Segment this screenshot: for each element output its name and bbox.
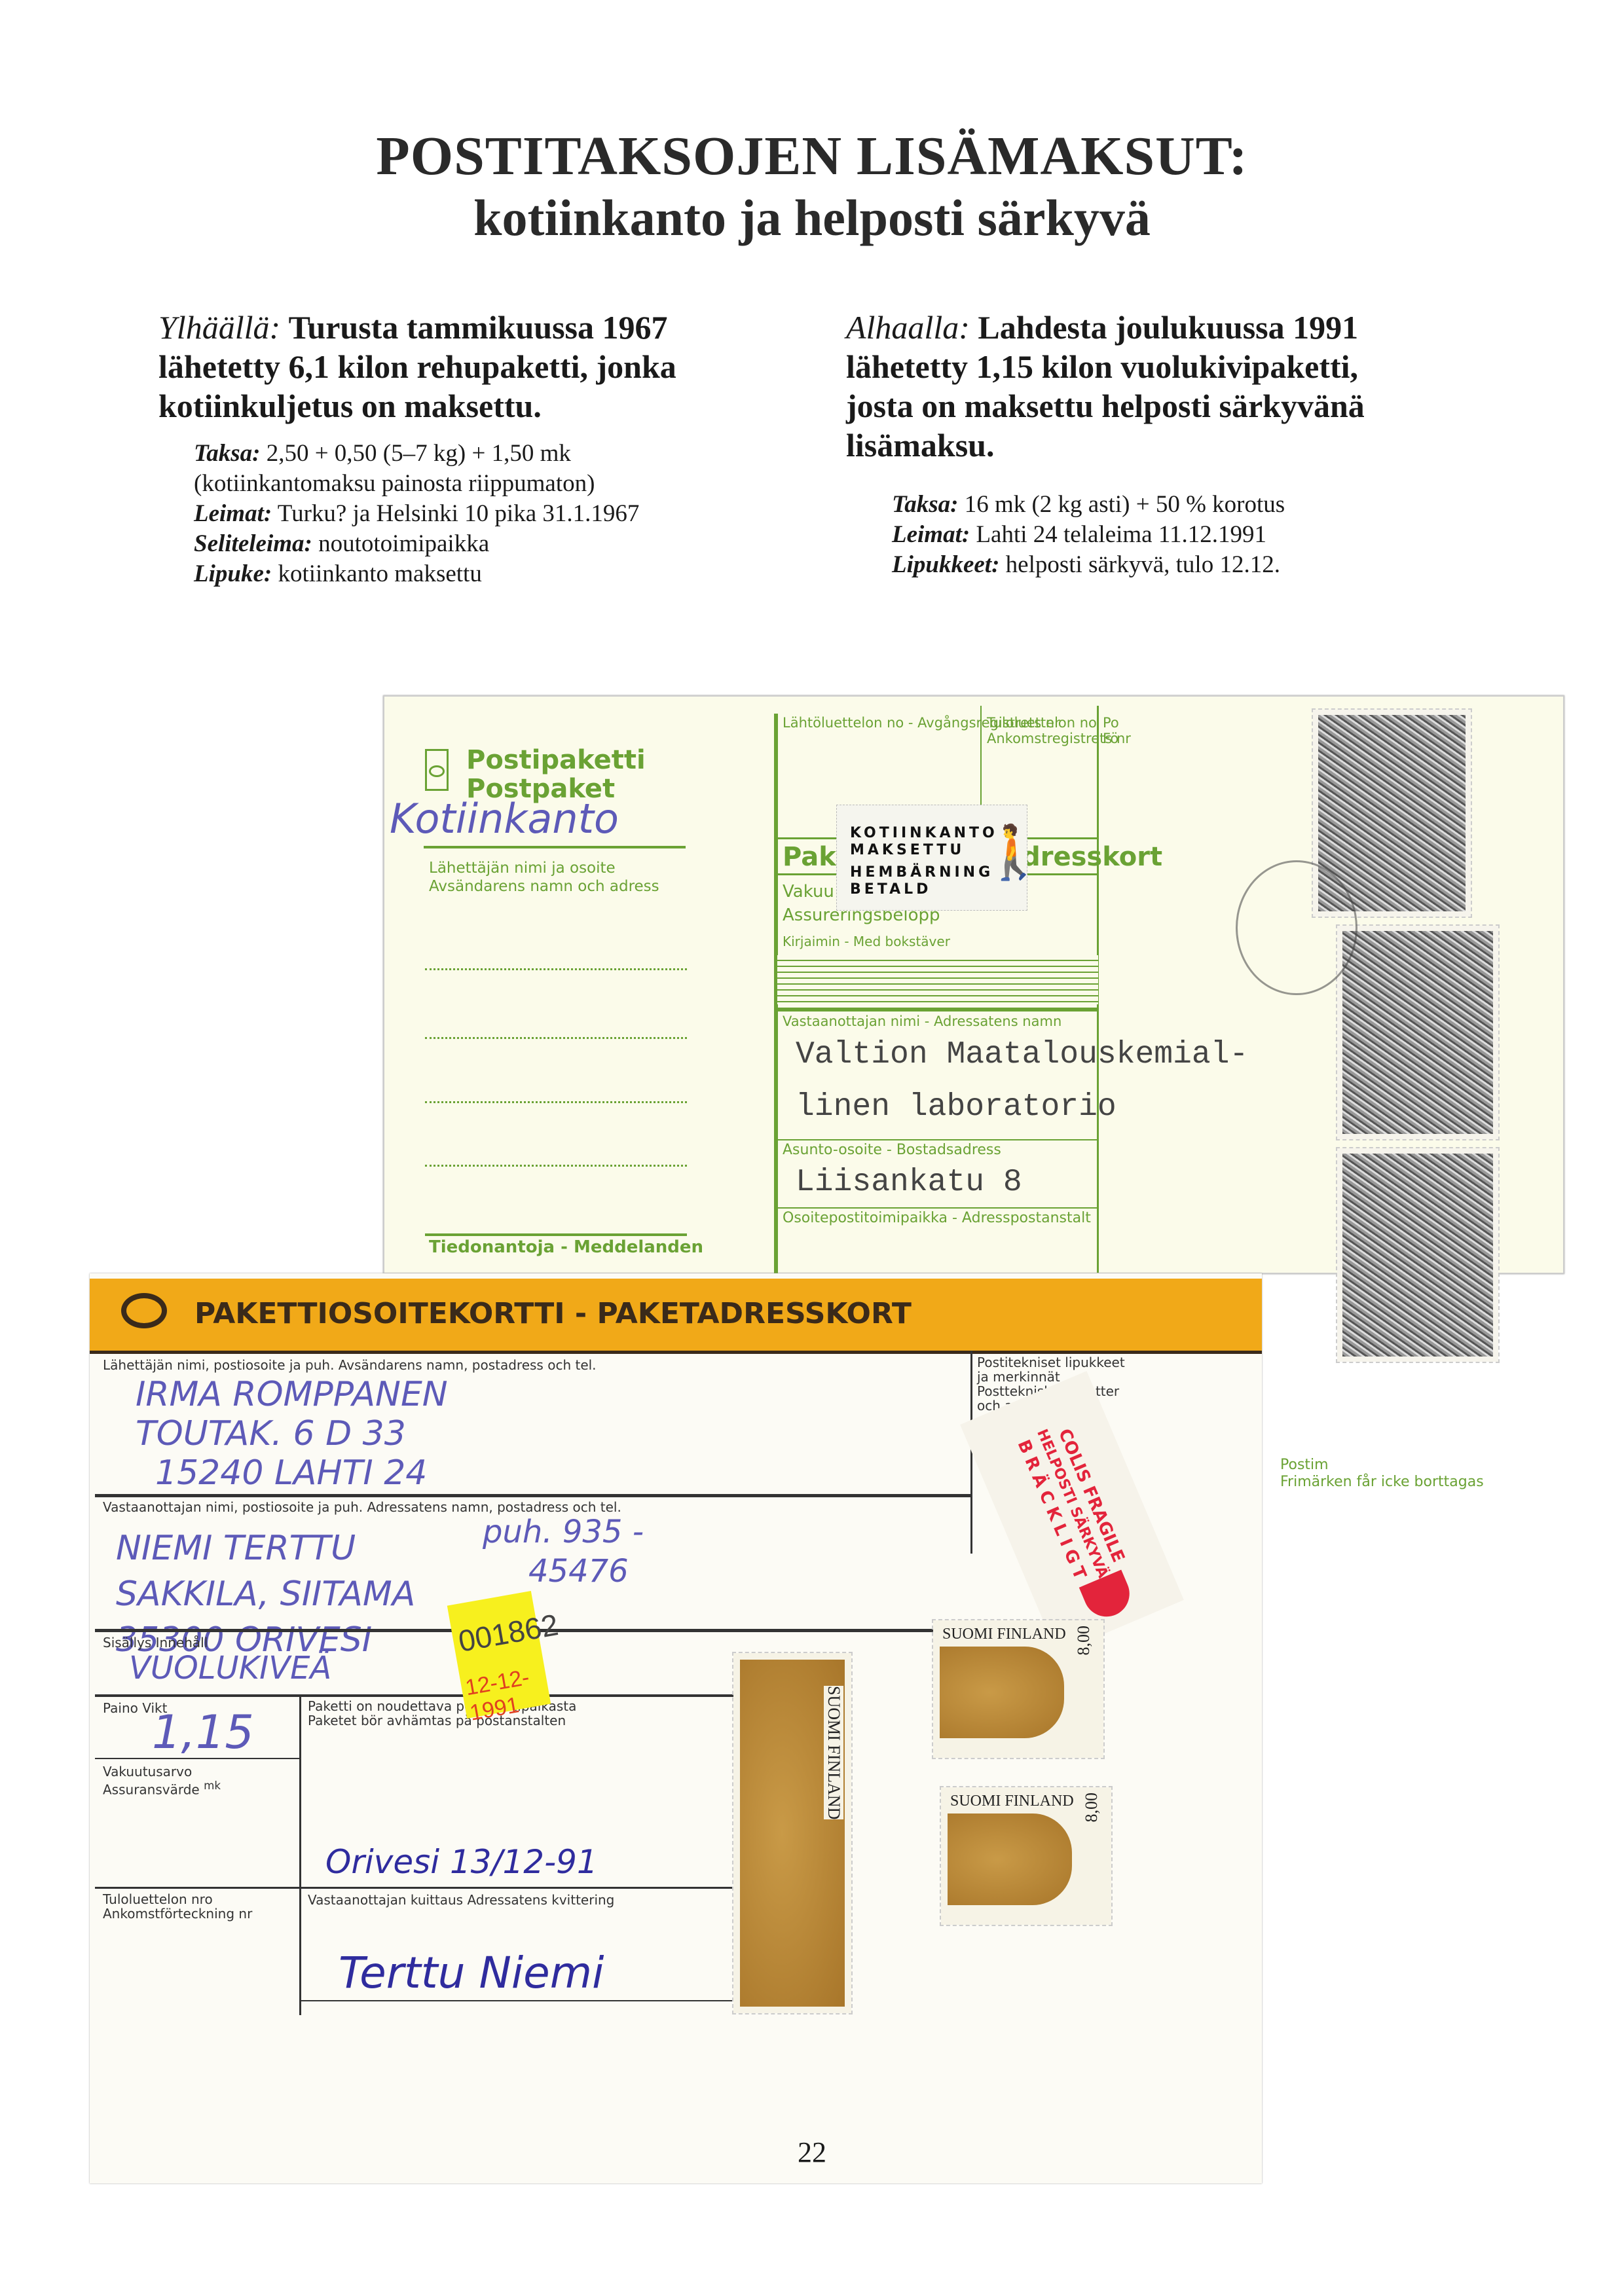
- sender-street: TOUTAK. 6 D 33: [136, 1414, 448, 1453]
- page-subtitle: kotiinkanto ja helposti särkyvä: [0, 189, 1624, 247]
- receipt-date: Orivesi 13/12-91: [325, 1843, 598, 1881]
- card-title-left: Pak: [783, 842, 836, 872]
- sender-label-fi: Lähettäjän nimi ja osoite: [429, 859, 659, 877]
- stamp-8-00-a: SUOMI FINLAND 8,00: [933, 1620, 1103, 1758]
- card-header: PAKETTIOSOITEKORTTI - PAKETADRESSKORT: [194, 1297, 912, 1330]
- recipient-street: SAKKILA, SIITAMA: [116, 1571, 415, 1617]
- left-description: Ylhäällä: Turusta tammikuussa 1967 lähet…: [158, 308, 787, 426]
- street-value: Liisankatu 8: [796, 1165, 1022, 1200]
- handwritten-kotiinkanto: Kotiinkanto: [390, 795, 619, 843]
- recipient-line-2: linen laboratorio: [796, 1089, 1116, 1125]
- arrival-register-label: Tuloluettelon nro Ankomstförteckning nr: [103, 1892, 252, 1921]
- recipient-name: NIEMI TERTTU: [116, 1525, 415, 1571]
- recipient-phone-1: puh. 935 -: [483, 1512, 644, 1552]
- post-office-label: Osoitepostitoimipaikka - Adresspostansta…: [783, 1210, 1091, 1226]
- right-description: Alhaalla: Lahdesta joulukuussa 1991 lähe…: [846, 308, 1501, 465]
- parcel-card-1967: Postipaketti Postpaket Kotiinkanto Lähet…: [383, 695, 1564, 1274]
- postman-icon: 🚶: [981, 822, 1046, 883]
- stamp-1-50-c: [1337, 1148, 1498, 1362]
- fragile-label: COLIS FRAGILE HELPOSTI SÄRKYVÄ BRÄCKLIGT: [960, 1371, 1184, 1654]
- sender-name: IRMA ROMPPANEN: [136, 1375, 448, 1414]
- street-label: Asunto-osoite - Bostadsadress: [783, 1142, 1001, 1158]
- recipient-line-1: Valtion Maatalouskemial-: [796, 1037, 1248, 1072]
- right-details: Taksa: 16 mk (2 kg asti) + 50 % korotus …: [892, 490, 1481, 580]
- recipient-phone-2: 45476: [528, 1552, 644, 1591]
- stamp-8-00-vertical: SUOMI FINLAND: [733, 1653, 851, 2013]
- weight-value: 1,15: [152, 1705, 254, 1759]
- notices-label: Tiedonantoja - Meddelanden: [429, 1237, 703, 1257]
- header-band: PAKETTIOSOITEKORTTI - PAKETADRESSKORT: [90, 1279, 1262, 1354]
- stamps-note: Postim Frimärken får icke borttagas: [1280, 1457, 1484, 1491]
- right-lead-label: Alhaalla:: [846, 309, 970, 346]
- receipt-label: Vastaanottajan kuittaus Adressatens kvit…: [308, 1892, 614, 1908]
- contents-value: VUOLUKIVEÄ: [129, 1650, 331, 1686]
- postmark-circle: [1236, 860, 1357, 995]
- posti-logo-icon: [121, 1293, 167, 1332]
- parcel-card-1991: PAKETTIOSOITEKORTTI - PAKETADRESSKORT Lä…: [90, 1273, 1262, 2183]
- stamp-1-50-b: [1337, 926, 1498, 1139]
- left-details: Taksa: 2,50 + 0,50 (5–7 kg) + 1,50 mk (k…: [194, 439, 796, 589]
- brand-fi: Postipaketti: [466, 746, 646, 774]
- page-number: 22: [0, 2136, 1624, 2169]
- posthorn-icon: [425, 749, 449, 791]
- page-title: POSTITAKSOJEN LISÄMAKSUT:: [0, 124, 1624, 188]
- insurance-label: Vakuutusarvo Assuransvärde mk: [103, 1764, 221, 1797]
- sender-city: 15240 LAHTI 24: [155, 1453, 448, 1493]
- home-delivery-paid-label: KOTIINKANTO MAKSETTU HEMBÄRNING BETALD 🚶: [836, 805, 1027, 911]
- sender-label-sv: Avsändarens namn och adress: [429, 877, 659, 896]
- recipient-label: Vastaanottajan nimi - Adressatens namn: [783, 1013, 1061, 1029]
- in-letters-label: Kirjaimin - Med bokstäver: [783, 934, 950, 949]
- recipient-signature: Terttu Niemi: [339, 1948, 604, 1998]
- stamp-8-00-b: SUOMI FINLAND 8,00: [941, 1787, 1111, 1925]
- left-lead-label: Ylhäällä:: [158, 309, 280, 346]
- sender-label: Lähettäjän nimi, postiosoite ja puh. Avs…: [103, 1357, 597, 1373]
- contents-label: Sisällys Innehåll: [103, 1635, 208, 1650]
